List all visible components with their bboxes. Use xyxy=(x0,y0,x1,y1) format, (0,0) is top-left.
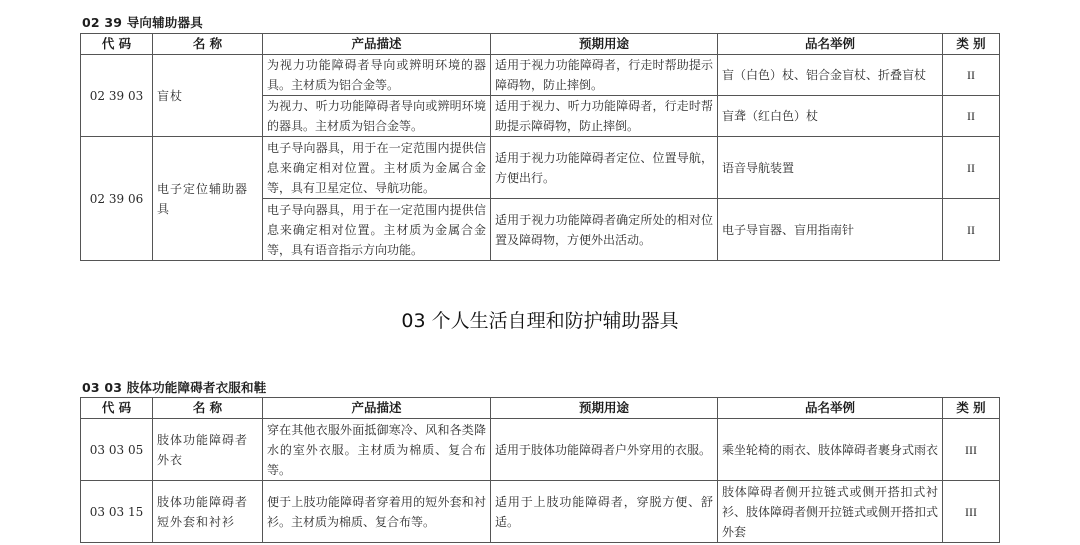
cell-class: II xyxy=(943,137,1000,199)
cell-description: 电子导向器具，用于在一定范围内提供信息来确定相对位置。主材质为金属合金等，具有语… xyxy=(263,199,491,261)
table-header-row: 代 码 名 称 产品描述 预期用途 品名举例 类 别 xyxy=(81,398,1000,419)
header-examples: 品名举例 xyxy=(718,34,943,55)
cell-intended-use: 适用于视力、听力功能障碍者，行走时帮助提示障碍物，防止摔倒。 xyxy=(491,96,718,137)
cell-name: 电子定位辅助器具 xyxy=(153,137,263,261)
cell-name: 肢体功能障碍者短外套和衬衫 xyxy=(153,481,263,543)
table-row: 02 39 06 电子定位辅助器具 电子导向器具，用于在一定范围内提供信息来确定… xyxy=(81,137,1000,199)
table-header-row: 代 码 名 称 产品描述 预期用途 品名举例 类 别 xyxy=(81,34,1000,55)
header-name: 名 称 xyxy=(153,34,263,55)
cell-class: II xyxy=(943,96,1000,137)
cell-examples: 盲聋（红白色）杖 xyxy=(718,96,943,137)
cell-intended-use: 适用于视力功能障碍者定位、位置导航，方便出行。 xyxy=(491,137,718,199)
table-02-39-guidance-aids: 代 码 名 称 产品描述 预期用途 品名举例 类 别 02 39 03 盲杖 为… xyxy=(80,33,1000,261)
header-code: 代 码 xyxy=(81,398,153,419)
cell-examples: 乘坐轮椅的雨衣、肢体障碍者裹身式雨衣 xyxy=(718,419,943,481)
header-intended-use: 预期用途 xyxy=(491,398,718,419)
cell-description: 便于上肢功能障碍者穿着用的短外套和衬衫。主材质为棉质、复合布等。 xyxy=(263,481,491,543)
cell-class: III xyxy=(943,481,1000,543)
cell-description: 穿在其他衣服外面抵御寒冷、风和各类降水的室外衣服。主材质为棉质、复合布等。 xyxy=(263,419,491,481)
cell-description: 为视力功能障碍者导向或辨明环境的器具。主材质为铝合金等。 xyxy=(263,55,491,96)
cell-description: 电子导向器具，用于在一定范围内提供信息来确定相对位置。主材质为金属合金等，具有卫… xyxy=(263,137,491,199)
cell-examples: 盲（白色）杖、铝合金盲杖、折叠盲杖 xyxy=(718,55,943,96)
cell-code: 03 03 15 xyxy=(81,481,153,543)
cell-intended-use: 适用于视力功能障碍者确定所处的相对位置及障碍物，方便外出活动。 xyxy=(491,199,718,261)
table-row: 03 03 05 肢体功能障碍者外衣 穿在其他衣服外面抵御寒冷、风和各类降水的室… xyxy=(81,419,1000,481)
cell-name: 盲杖 xyxy=(153,55,263,137)
cell-code: 02 39 06 xyxy=(81,137,153,261)
header-intended-use: 预期用途 xyxy=(491,34,718,55)
table-row: 02 39 03 盲杖 为视力功能障碍者导向或辨明环境的器具。主材质为铝合金等。… xyxy=(81,55,1000,96)
cell-intended-use: 适用于上肢功能障碍者，穿脱方便、舒适。 xyxy=(491,481,718,543)
cell-class: II xyxy=(943,55,1000,96)
section-title-03-03: 03 03 肢体功能障碍者衣服和鞋 xyxy=(82,378,266,396)
cell-examples: 语音导航装置 xyxy=(718,137,943,199)
cell-class: II xyxy=(943,199,1000,261)
table-row: 03 03 15 肢体功能障碍者短外套和衬衫 便于上肢功能障碍者穿着用的短外套和… xyxy=(81,481,1000,543)
header-description: 产品描述 xyxy=(263,398,491,419)
chapter-title-03: 03 个人生活自理和防护辅助器具 xyxy=(0,306,1080,333)
header-examples: 品名举例 xyxy=(718,398,943,419)
table-03-03-clothing-shoes: 代 码 名 称 产品描述 预期用途 品名举例 类 别 03 03 05 肢体功能… xyxy=(80,397,1000,543)
cell-examples: 肢体障碍者侧开拉链式或侧开搭扣式衬衫、肢体障碍者侧开拉链式或侧开搭扣式外套 xyxy=(718,481,943,543)
cell-intended-use: 适用于肢体功能障碍者户外穿用的衣服。 xyxy=(491,419,718,481)
cell-examples: 电子导盲器、盲用指南针 xyxy=(718,199,943,261)
header-class: 类 别 xyxy=(943,34,1000,55)
cell-code: 03 03 05 xyxy=(81,419,153,481)
cell-description: 为视力、听力功能障碍者导向或辨明环境的器具。主材质为铝合金等。 xyxy=(263,96,491,137)
cell-class: III xyxy=(943,419,1000,481)
header-class: 类 别 xyxy=(943,398,1000,419)
header-description: 产品描述 xyxy=(263,34,491,55)
section-title-02-39: 02 39 导向辅助器具 xyxy=(82,13,203,31)
cell-intended-use: 适用于视力功能障碍者，行走时帮助提示障碍物，防止摔倒。 xyxy=(491,55,718,96)
header-code: 代 码 xyxy=(81,34,153,55)
cell-name: 肢体功能障碍者外衣 xyxy=(153,419,263,481)
header-name: 名 称 xyxy=(153,398,263,419)
cell-code: 02 39 03 xyxy=(81,55,153,137)
